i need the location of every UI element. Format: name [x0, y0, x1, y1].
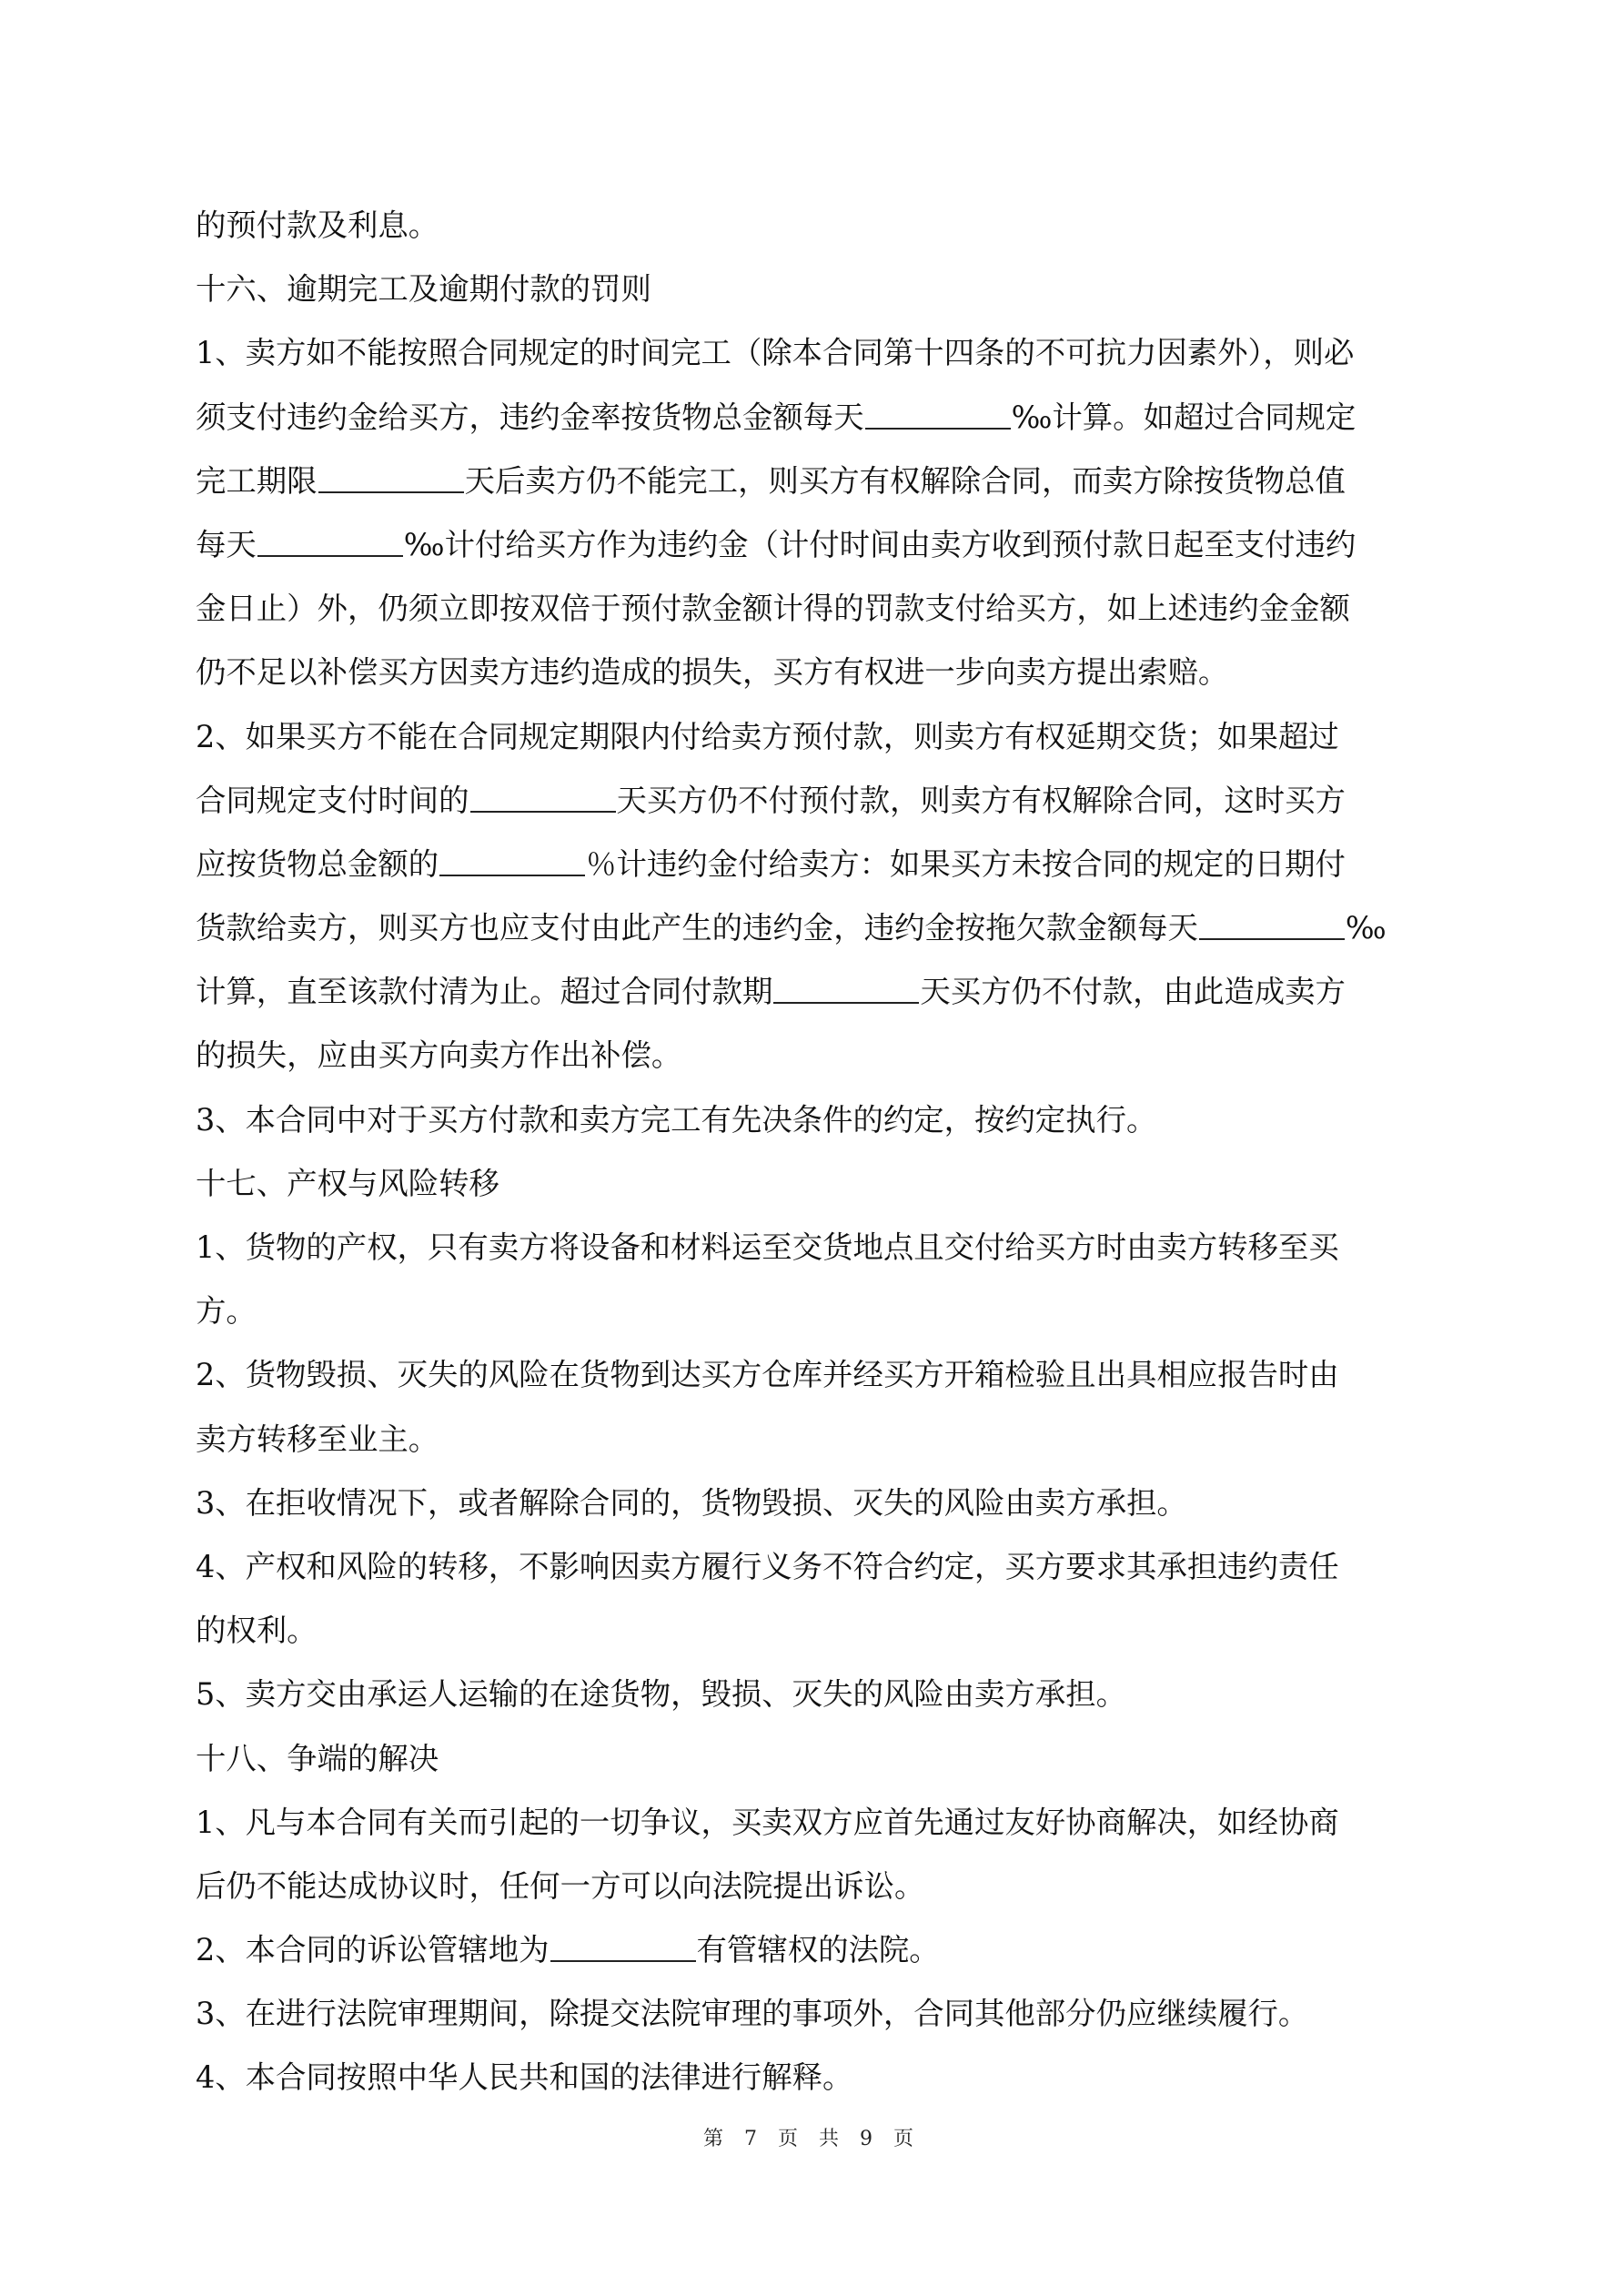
- text-segment: 应按货物总金额的: [196, 846, 439, 882]
- text-segment: 仍不足以补偿买方因卖方违约造成的损失，买方有权进一步向卖方提出索赔。: [196, 654, 1228, 690]
- text-line: 仍不足以补偿买方因卖方违约造成的损失，买方有权进一步向卖方提出索赔。: [196, 641, 1433, 704]
- text-segment: 十八、争端的解决: [196, 1741, 439, 1776]
- section-heading: 十七、产权与风险转移: [196, 1152, 1433, 1216]
- fill-in-blank: [773, 1001, 919, 1004]
- fill-in-blank: [550, 1959, 696, 1962]
- text-segment: 合同规定支付时间的: [196, 783, 469, 818]
- text-segment: 天买方仍不付预付款，则卖方有权解除合同，这时买方: [617, 783, 1346, 818]
- text-segment: 4、产权和风险的转移，不影响因卖方履行义务不符合约定，买方要求其承担违约责任: [196, 1549, 1339, 1584]
- text-segment: 5、卖方交由承运人运输的在途货物，毁损、灭失的风险由卖方承担。: [196, 1676, 1126, 1712]
- text-line: 的损失，应由买方向卖方作出补偿。: [196, 1024, 1433, 1087]
- text-segment: 卖方转移至业主。: [196, 1421, 439, 1457]
- text-line: 后仍不能达成协议时，任何一方可以向法院提出诉讼。: [196, 1855, 1433, 1918]
- section-heading: 十八、争端的解决: [196, 1727, 1433, 1791]
- fill-in-blank: [318, 491, 464, 493]
- text-line: 应按货物总金额的％计违约金付给卖方：如果买方未按合同的规定的日期付: [196, 833, 1433, 896]
- fill-in-blank: [257, 554, 403, 557]
- text-segment: ‰计算。如超过合同规定: [1012, 400, 1357, 435]
- text-segment: 有管辖权的法院。: [697, 1932, 940, 1967]
- text-segment: 的损失，应由买方向卖方作出补偿。: [196, 1037, 681, 1073]
- text-segment: 十七、产权与风险转移: [196, 1166, 499, 1201]
- text-segment: 1、卖方如不能按照合同规定的时间完工（除本合同第十四条的不可抗力因素外），则必: [196, 335, 1354, 370]
- text-line: 4、本合同按照中华人民共和国的法律进行解释。: [196, 2046, 1433, 2109]
- text-line: 方。: [196, 1279, 1433, 1343]
- text-line: 3、本合同中对于买方付款和卖方完工有先决条件的约定，按约定执行。: [196, 1088, 1433, 1152]
- fill-in-blank: [865, 427, 1011, 430]
- text-line: 2、货物毁损、灭失的风险在货物到达买方仓库并经买方开箱检验且出具相应报告时由: [196, 1343, 1433, 1407]
- text-segment: 货款给卖方，则买方也应支付由此产生的违约金，违约金按拖欠款金额每天: [196, 910, 1198, 946]
- text-segment: 的权利。: [196, 1613, 318, 1648]
- text-line: 卖方转移至业主。: [196, 1408, 1433, 1472]
- fill-in-blank: [439, 874, 585, 876]
- text-line: 每天‰计付给买方作为违约金（计付时间由卖方收到预付款日起至支付违约: [196, 513, 1433, 577]
- text-segment: 完工期限: [196, 463, 318, 499]
- text-segment: 3、在拒收情况下，或者解除合同的，货物毁损、灭失的风险由卖方承担。: [196, 1485, 1187, 1521]
- text-segment: 金日止）外，仍须立即按双倍于预付款金额计得的罚款支付给买方，如上述违约金金额: [196, 591, 1350, 626]
- text-segment: 计算，直至该款付清为止。超过合同付款期: [196, 974, 772, 1009]
- text-segment: 天买方仍不付款，由此造成卖方: [920, 974, 1345, 1009]
- text-segment: ‰计付给买方作为违约金（计付时间由卖方收到预付款日起至支付违约: [404, 527, 1357, 562]
- fill-in-blank: [470, 810, 616, 813]
- text-segment: 天后卖方仍不能完工，则买方有权解除合同，而卖方除按货物总值: [465, 463, 1346, 499]
- text-segment: 4、本合同按照中华人民共和国的法律进行解释。: [196, 2059, 852, 2095]
- text-line: 金日止）外，仍须立即按双倍于预付款金额计得的罚款支付给买方，如上述违约金金额: [196, 577, 1433, 641]
- text-segment: ‰: [1346, 910, 1387, 946]
- text-line: 3、在进行法院审理期间，除提交法院审理的事项外，合同其他部分仍应继续履行。: [196, 1982, 1433, 2046]
- text-segment: 2、本合同的诉讼管辖地为: [196, 1932, 550, 1967]
- text-segment: 3、在进行法院审理期间，除提交法院审理的事项外，合同其他部分仍应继续履行。: [196, 1996, 1308, 2031]
- text-line: 的预付款及利息。: [196, 194, 1433, 258]
- text-segment: ％计违约金付给卖方：如果买方未按合同的规定的日期付: [586, 846, 1346, 882]
- text-line: 货款给卖方，则买方也应支付由此产生的违约金，违约金按拖欠款金额每天‰: [196, 896, 1433, 960]
- text-line: 完工期限天后卖方仍不能完工，则买方有权解除合同，而卖方除按货物总值: [196, 450, 1433, 513]
- text-segment: 后仍不能达成协议时，任何一方可以向法院提出诉讼。: [196, 1868, 924, 1904]
- text-line: 1、凡与本合同有关而引起的一切争议，买卖双方应首先通过友好协商解决，如经协商: [196, 1791, 1433, 1855]
- text-segment: 每天: [196, 527, 257, 562]
- contract-body: 的预付款及利息。十六、逾期完工及逾期付款的罚则1、卖方如不能按照合同规定的时间完…: [196, 194, 1433, 2110]
- text-line: 1、货物的产权，只有卖方将设备和材料运至交货地点且交付给买方时由卖方转移至买: [196, 1216, 1433, 1279]
- text-line: 5、卖方交由承运人运输的在途货物，毁损、灭失的风险由卖方承担。: [196, 1663, 1433, 1726]
- text-segment: 2、货物毁损、灭失的风险在货物到达买方仓库并经买方开箱检验且出具相应报告时由: [196, 1357, 1339, 1392]
- document-page: 的预付款及利息。十六、逾期完工及逾期付款的罚则1、卖方如不能按照合同规定的时间完…: [0, 0, 1624, 2296]
- text-line: 的权利。: [196, 1599, 1433, 1663]
- text-line: 须支付违约金给买方，违约金率按货物总金额每天‰计算。如超过合同规定: [196, 386, 1433, 450]
- text-segment: 1、货物的产权，只有卖方将设备和材料运至交货地点且交付给买方时由卖方转移至买: [196, 1229, 1339, 1265]
- text-line: 4、产权和风险的转移，不影响因卖方履行义务不符合约定，买方要求其承担违约责任: [196, 1535, 1433, 1599]
- page-footer: 第 7 页 共 9 页: [0, 2123, 1624, 2151]
- section-heading: 十六、逾期完工及逾期付款的罚则: [196, 258, 1433, 321]
- fill-in-blank: [1199, 937, 1345, 940]
- text-segment: 须支付违约金给买方，违约金率按货物总金额每天: [196, 400, 864, 435]
- text-line: 1、卖方如不能按照合同规定的时间完工（除本合同第十四条的不可抗力因素外），则必: [196, 321, 1433, 385]
- text-line: 2、本合同的诉讼管辖地为有管辖权的法院。: [196, 1918, 1433, 1982]
- text-segment: 1、凡与本合同有关而引起的一切争议，买卖双方应首先通过友好协商解决，如经协商: [196, 1805, 1339, 1840]
- text-segment: 2、如果买方不能在合同规定期限内付给卖方预付款，则卖方有权延期交货；如果超过: [196, 719, 1339, 754]
- text-line: 2、如果买方不能在合同规定期限内付给卖方预付款，则卖方有权延期交货；如果超过: [196, 705, 1433, 769]
- text-line: 合同规定支付时间的天买方仍不付预付款，则卖方有权解除合同，这时买方: [196, 769, 1433, 833]
- text-line: 计算，直至该款付清为止。超过合同付款期天买方仍不付款，由此造成卖方: [196, 960, 1433, 1024]
- text-segment: 十六、逾期完工及逾期付款的罚则: [196, 271, 651, 307]
- text-segment: 3、本合同中对于买方付款和卖方完工有先决条件的约定，按约定执行。: [196, 1102, 1156, 1138]
- text-line: 3、在拒收情况下，或者解除合同的，货物毁损、灭失的风险由卖方承担。: [196, 1472, 1433, 1535]
- text-segment: 的预付款及利息。: [196, 207, 439, 243]
- text-segment: 方。: [196, 1293, 257, 1329]
